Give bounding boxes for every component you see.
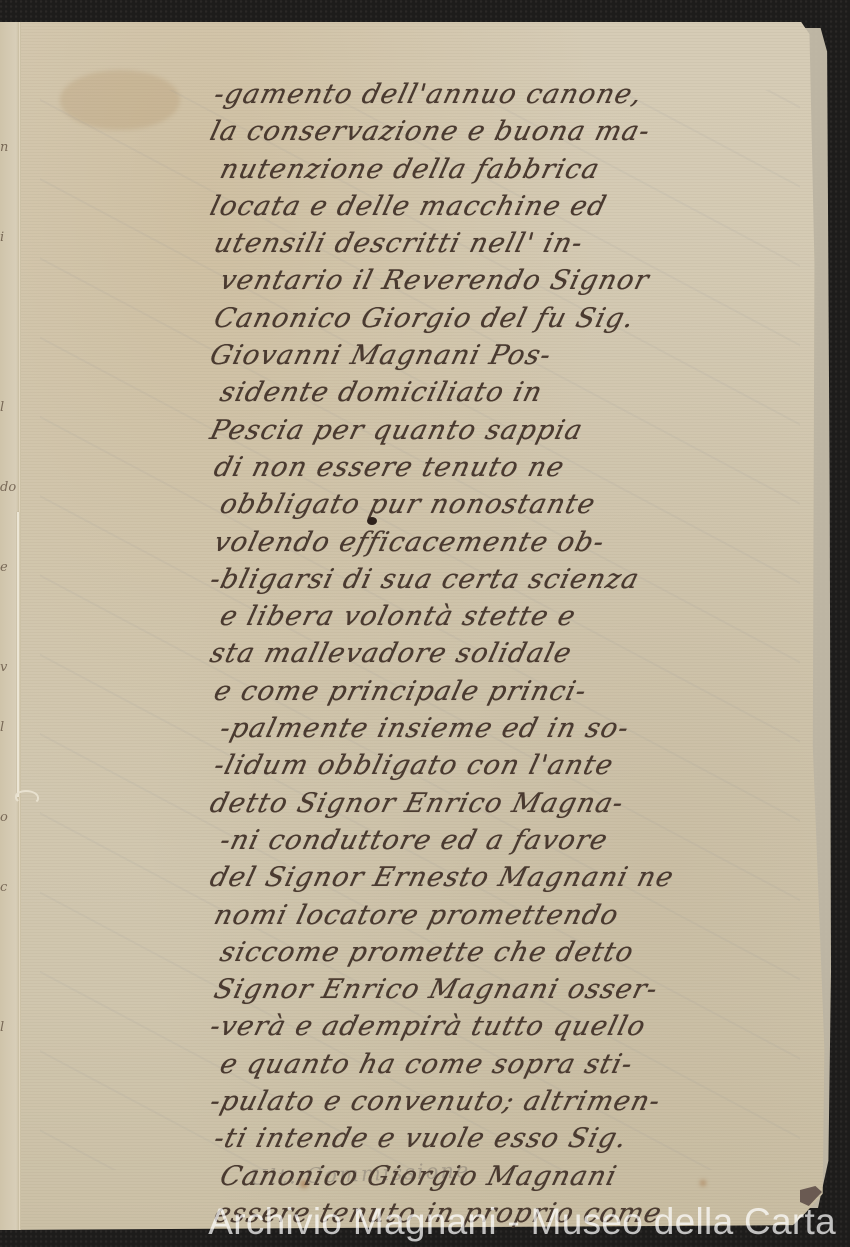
text-line: Canonico Giorgio Magnani [206, 1158, 815, 1195]
margin-fragment: l [0, 400, 4, 415]
text-line: detto Signor Enrico Magna- [206, 785, 815, 822]
text-line: -ni conduttore ed a favore [206, 822, 815, 859]
text-line: -lidum obbligato con l'ante [206, 747, 815, 784]
text-line: nutenzione della fabbrica [206, 151, 815, 188]
thread-knot [15, 790, 39, 804]
margin-fragment: e [0, 560, 8, 575]
text-line: utensili descritti nell' in- [206, 225, 815, 262]
text-line: siccome promette che detto [206, 934, 815, 971]
text-line: e come principale princi- [206, 673, 815, 710]
scan-viewport: n i l do e v l o c l Ult. Commissione -g… [0, 0, 850, 1247]
margin-fragment: o [0, 810, 8, 825]
margin-fragment: c [0, 880, 7, 895]
text-line: la conservazione e buona ma- [206, 113, 815, 150]
text-line: locata e delle macchine ed [206, 188, 815, 225]
text-line: obbligato pur nonostante [206, 486, 815, 523]
binding-thread [17, 512, 19, 797]
text-line: e libera volontà stette e [206, 598, 815, 635]
text-line: di non essere tenuto ne [206, 449, 815, 486]
text-line: Canonico Giorgio del fu Sig. [206, 300, 815, 337]
margin-fragment: l [0, 1020, 4, 1035]
text-line: -ti intende e vuole esso Sig. [206, 1120, 815, 1157]
text-line: sta mallevadore solidale [206, 635, 815, 672]
text-line: e quanto ha come sopra sti- [206, 1046, 815, 1083]
paper-stain [60, 70, 180, 130]
ink-blot [367, 517, 377, 525]
text-line: -verà e adempirà tutto quello [206, 1008, 815, 1045]
text-line: Giovanni Magnani Pos- [206, 337, 815, 374]
text-line: del Signor Ernesto Magnani ne [206, 859, 815, 896]
text-line: -bligarsi di sua certa scienza [206, 561, 815, 598]
text-line: sidente domiciliato in [206, 374, 815, 411]
text-line: Signor Enrico Magnani osser- [206, 971, 815, 1008]
text-line: volendo efficacemente ob- [206, 524, 815, 561]
handwritten-text: -gamento dell'annuo canone, la conservaz… [206, 76, 806, 1232]
margin-fragment: do [0, 480, 16, 495]
text-line: nomi locatore promettendo [206, 897, 815, 934]
text-line: -pulato e convenuto; altrimen- [206, 1083, 815, 1120]
text-line: ventario il Reverendo Signor [206, 262, 815, 299]
archive-watermark: Archivio Magnani - Museo della Carta [0, 1200, 850, 1244]
text-line: -palmente insieme ed in so- [206, 710, 815, 747]
margin-fragment: l [0, 720, 4, 735]
margin-fragment: v [0, 660, 7, 675]
margin-fragment: n [0, 140, 8, 155]
text-line: Pescia per quanto sappia [206, 412, 815, 449]
text-line: -gamento dell'annuo canone, [206, 76, 815, 113]
margin-fragment: i [0, 230, 4, 245]
